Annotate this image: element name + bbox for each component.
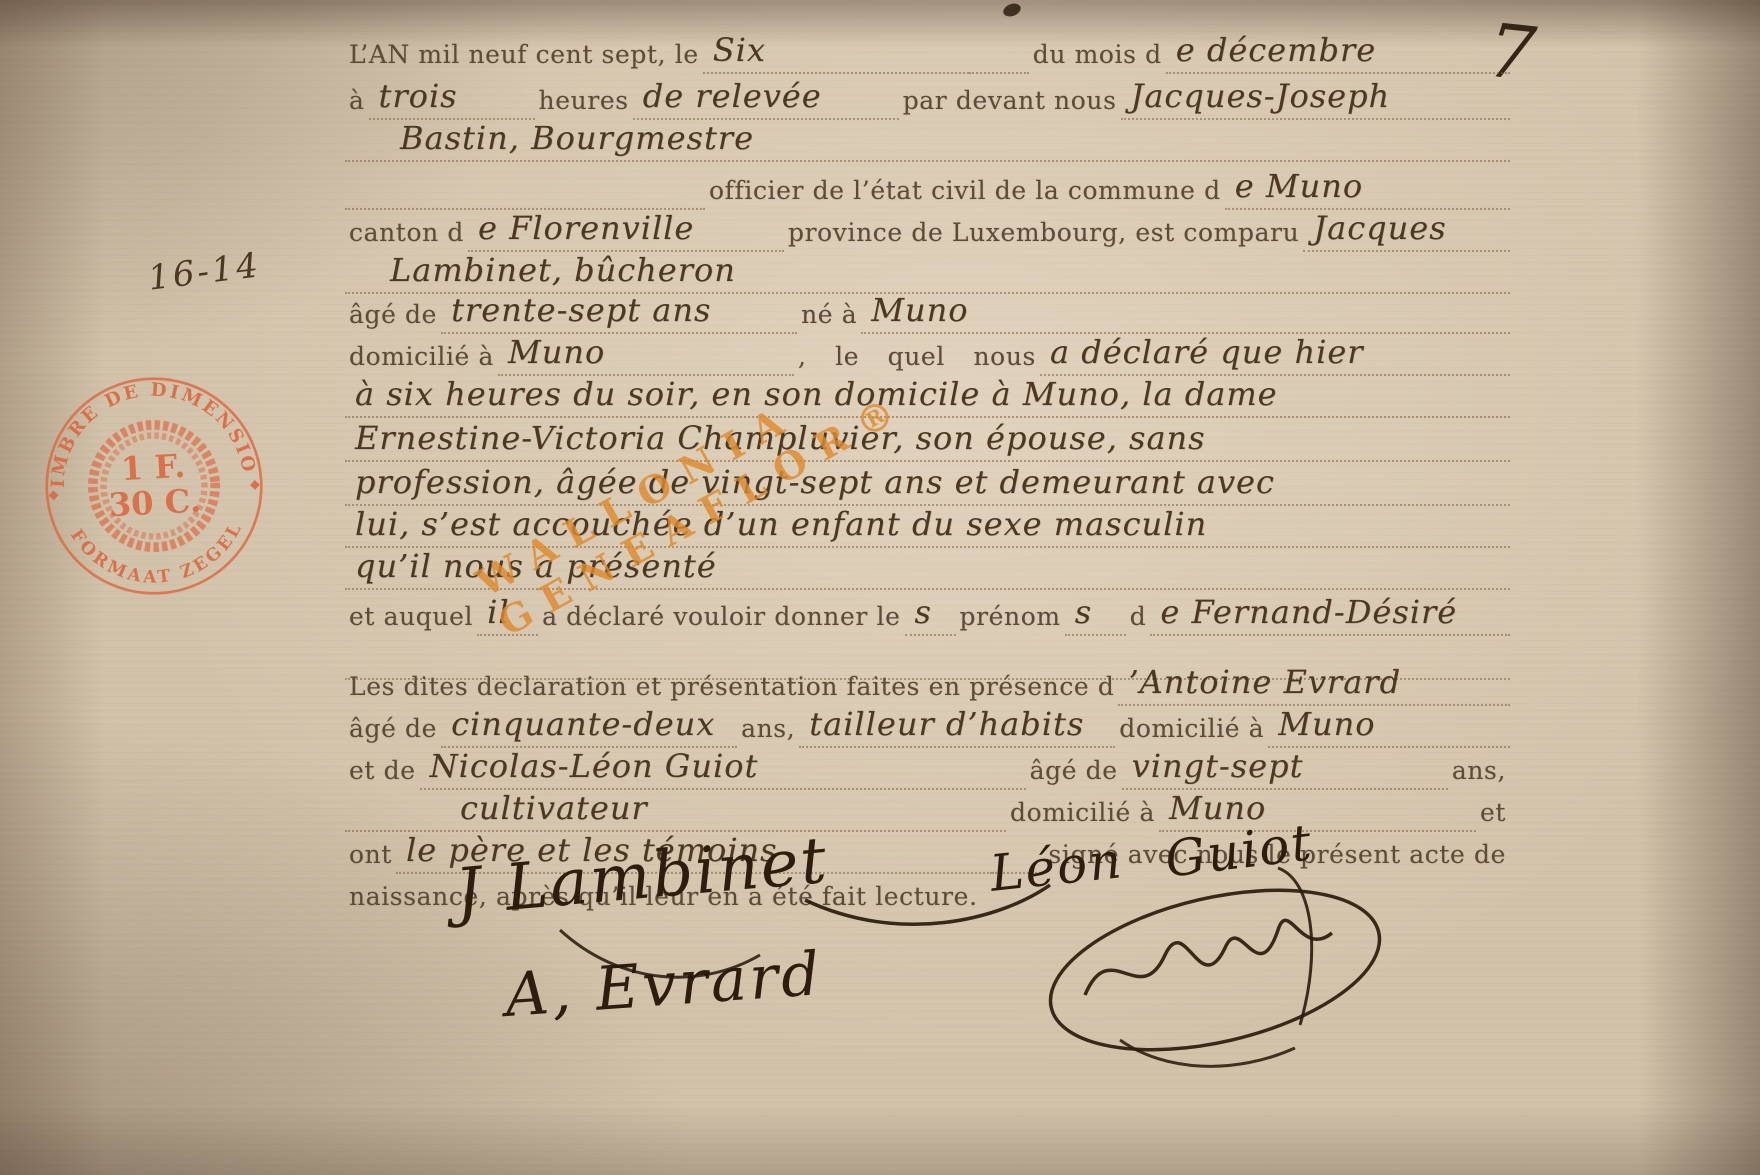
handwritten-text: il (477, 592, 538, 636)
form-line-age-birthplace: âgé de trente-sept ans né à Muno (345, 290, 1510, 334)
form-line-hour: à trois heures de relevée par devant nou… (345, 76, 1510, 120)
printed-text: âgé de (1026, 752, 1122, 790)
form-line-witness2-details: cultivateur domicilié à Muno et (345, 788, 1510, 832)
printed-text: a déclaré vouloir donner le (538, 598, 904, 636)
printed-text: par devant nous (899, 82, 1121, 120)
printed-text: âgé de (345, 296, 441, 334)
ink-blot (1001, 1, 1022, 18)
form-line-declarant: Lambinet, bûcheron (345, 250, 1510, 294)
handwritten-text: tailleur d’habits (799, 704, 1115, 748)
handwritten-text: cinquante-deux (441, 704, 737, 748)
declaration-line: à six heures du soir, en son domicile à … (345, 374, 1510, 418)
handwritten-text: qu’il nous a présenté (345, 546, 1510, 590)
birth-certificate-scan: 16-14 7 L’AN mil neuf cent sept, le Six … (0, 0, 1760, 1175)
handwritten-text: Ernestine-Victoria Champluvier, son épou… (345, 418, 1510, 462)
handwritten-text: Muno (498, 332, 794, 376)
handwritten-text: trois (369, 76, 535, 120)
printed-text: ans, (1448, 752, 1510, 790)
printed-text: d (1126, 598, 1151, 636)
printed-text: domicilié à (345, 338, 498, 376)
printed-text: et de (345, 752, 420, 790)
printed-text: domicilié à (1115, 710, 1268, 748)
declaration-line: lui, s’est accouchée d’un enfant du sexe… (345, 504, 1510, 548)
stamp-value-centimes: 30 C. (108, 481, 202, 524)
margin-act-number: 16-14 (146, 245, 263, 298)
handwritten-text: Jacques (1303, 208, 1510, 252)
handwritten-text: e Fernand-Désiré (1150, 592, 1510, 636)
printed-text: L’AN mil neuf cent sept, le (345, 36, 703, 74)
handwritten-text: lui, s’est accouchée d’un enfant du sexe… (345, 504, 1510, 548)
declaration-line: Ernestine-Victoria Champluvier, son épou… (345, 418, 1510, 462)
handwritten-text: Bastin, Bourgmestre (345, 118, 1510, 162)
stamp-arc-bottom-text: FORMAAT ZEGEL (65, 517, 249, 592)
form-line-witness1: Les dites declaration et présentation fa… (345, 662, 1510, 706)
handwritten-text: à six heures du soir, en son domicile à … (345, 374, 1510, 418)
declaration-line: profession, âgée de vingt-sept ans et de… (345, 462, 1510, 506)
form-line-date: L’AN mil neuf cent sept, le Six du mois … (345, 30, 1510, 74)
printed-text: officier de l’état civil de la commune d (705, 172, 1225, 210)
handwritten-text: Muno (1268, 704, 1510, 748)
printed-text: ans, (737, 710, 799, 748)
handwritten-text: trente-sept ans (441, 290, 797, 334)
revenue-stamp: TIMBRE DE DIMENSION FORMAAT ZEGEL 1 F. 3… (30, 362, 278, 610)
form-line-prenoms: et auquel il a déclaré vouloir donner le… (345, 592, 1510, 636)
printed-text: heures (535, 82, 633, 120)
handwritten-text: Nicolas-Léon Guiot (420, 746, 1026, 790)
printed-text: et (1476, 794, 1510, 832)
printed-text: né à (797, 296, 861, 334)
printed-text: domicilié à (1006, 794, 1159, 832)
handwritten-text: de relevée (633, 76, 899, 120)
printed-text: ont (345, 836, 396, 874)
printed-text: , le quel nous (794, 338, 1040, 376)
printed-text: à (345, 82, 369, 120)
handwritten-text: profession, âgée de vingt-sept ans et de… (345, 462, 1510, 506)
form-line-canton: canton d e Florenville province de Luxem… (345, 208, 1510, 252)
handwritten-text: s (1065, 592, 1126, 636)
handwritten-text: Lambinet, bûcheron (345, 250, 1510, 294)
handwritten-text: e décembre (1166, 30, 1510, 74)
handwritten-text: Muno (861, 290, 1510, 334)
handwritten-text: e Florenville (468, 208, 784, 252)
handwritten-text: cultivateur (345, 788, 1006, 832)
handwritten-text: s (905, 592, 956, 636)
stamp-diamond-left: ◆ (48, 488, 59, 504)
form-line-officer-name: Bastin, Bourgmestre (345, 118, 1510, 162)
dotted-fill (969, 72, 1029, 74)
handwritten-text: Jacques-Joseph (1121, 76, 1510, 120)
form-line-witness2: et de Nicolas-Léon Guiot âgé de vingt-se… (345, 746, 1510, 790)
stamp-diamond-right: ◆ (250, 477, 261, 493)
form-line-witness1-details: âgé de cinquante-deux ans, tailleur d’ha… (345, 704, 1510, 748)
form-line-commune: officier de l’état civil de la commune d… (345, 166, 1510, 210)
printed-text: Les dites declaration et présentation fa… (345, 668, 1118, 706)
handwritten-text: vingt-sept (1122, 746, 1448, 790)
signature-evrard: A, Evrard (503, 939, 825, 1031)
handwritten-text: Six (703, 30, 969, 74)
printed-text: prénom (956, 598, 1065, 636)
form-line-domicile: domicilié à Muno , le quel nous a déclar… (345, 332, 1510, 376)
printed-text: province de Luxembourg, est comparu (784, 214, 1303, 252)
printed-text: et auquel (345, 598, 477, 636)
handwritten-text: e Muno (1225, 166, 1510, 210)
handwritten-text: a déclaré que hier (1040, 332, 1510, 376)
declaration-line: qu’il nous a présenté (345, 546, 1510, 590)
handwritten-text: ’Antoine Evrard (1118, 662, 1510, 706)
printed-text: canton d (345, 214, 468, 252)
printed-text: âgé de (345, 710, 441, 748)
printed-text: du mois d (1029, 36, 1166, 74)
